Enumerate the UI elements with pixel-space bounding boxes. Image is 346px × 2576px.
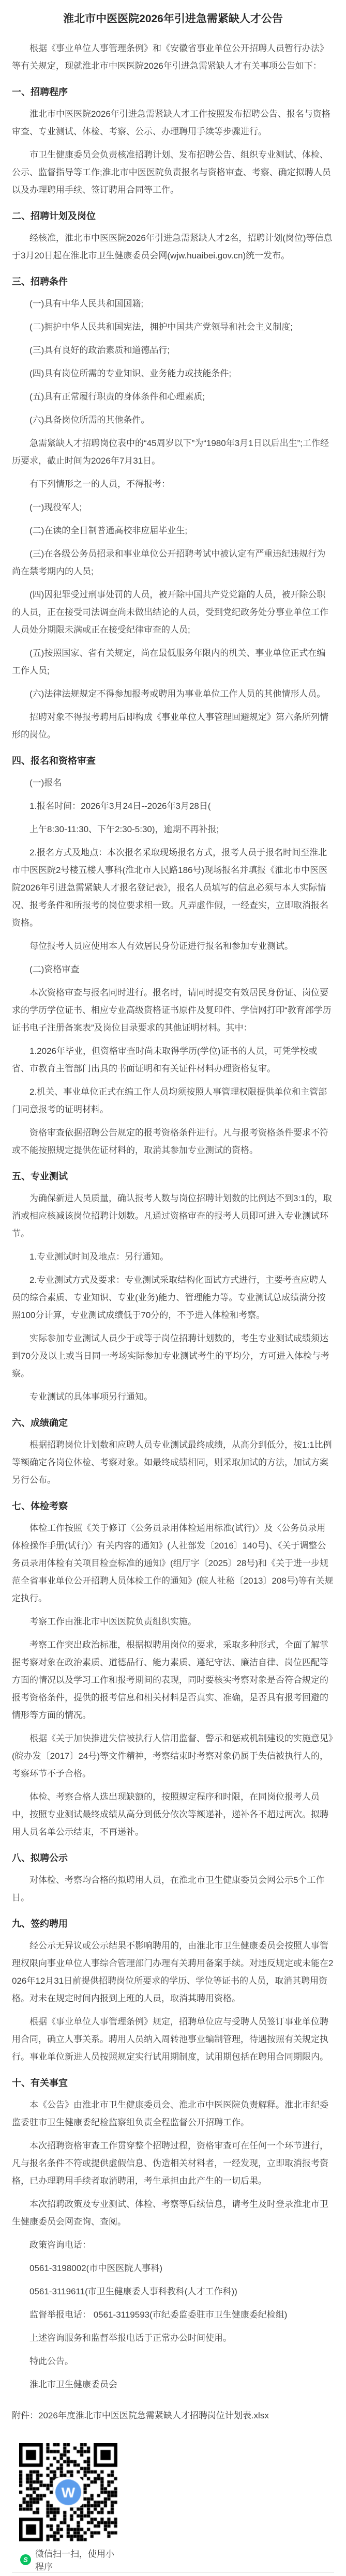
paragraph: 有下列情形之一的人员，不得报考：	[12, 476, 334, 493]
paragraph: 本《公告》由淮北市卫生健康委员会、淮北市中医医院负责解释。淮北市纪委监委驻市卫生…	[12, 2096, 334, 2132]
paragraph: 监督举报电话： 0561-3119593(市纪委监委驻市卫生健康委纪检组)	[12, 2306, 334, 2324]
section-heading: 三、招聘条件	[12, 274, 334, 289]
paragraph: 为确保新进人员质量，确认报考人数与岗位招聘计划数的比例达不到3:1的，取消或相应…	[12, 1190, 334, 1243]
paragraph: 急需紧缺人才招聘岗位表中的“45周岁以下”为“1980年3月1日以后出生”;工作…	[12, 435, 334, 470]
paragraph: 本次招聘资格审查工作贯穿整个招聘过程，资格审查可在任何一个环节进行，凡与报名条件…	[12, 2137, 334, 2190]
page-title: 淮北市中医医院2026年引进急需紧缺人才公告	[12, 11, 334, 27]
paragraph: 实际参加专业测试人员少于或等于岗位招聘计划数的，考生专业测试成绩须达到70分及以…	[12, 1330, 334, 1383]
section-heading: 六、成绩确定	[12, 1415, 334, 1431]
paragraph: (三)具有良好的政治素质和道德品行;	[12, 342, 334, 359]
paragraph: 本次招聘政策及专业测试、体检、考察等后续信息，请考生及时登录淮北市卫生健康委员会…	[12, 2196, 334, 2231]
paragraph: 淮北市中医医院2026年引进急需紧缺人才工作按照发布招聘公告、报名与资格审查、专…	[12, 105, 334, 141]
paragraph: (四)因犯罪受过刑事处罚的人员，被开除中国共产党党籍的人员，被开除公职的人员，正…	[12, 586, 334, 639]
paragraph: (一)具有中华人民共和国国籍;	[12, 295, 334, 313]
paragraph: (二)在读的全日制普通高校非应届毕业生;	[12, 522, 334, 540]
paragraph: 根据《事业单位人事管理条例》和《安徽省事业单位公开招聘人员暂行办法》等有关规定，…	[12, 40, 334, 75]
paragraph: 体检工作按照《关于修订〈公务员录用体检通用标准(试行)〉及〈公务员录用体检操作手…	[12, 1520, 334, 1607]
paragraph: (五)具有正常履行职责的身体条件和心理素质;	[12, 388, 334, 406]
paragraph: (六)具备岗位所需的其他条件。	[12, 411, 334, 429]
paragraph: (二)资格审查	[12, 961, 334, 978]
paragraph: 2.机关、事业单位正式在编工作人员均须按照人事管理权限提供单位和主管部门同意报考…	[12, 1083, 334, 1118]
paragraph: 根据《关于加快推进失信被执行人信用监督、警示和惩戒机制建设的实施意见》(皖办发〔…	[12, 1730, 334, 1783]
qr-caption: S 微信扫一扫，使用小程序	[20, 2547, 117, 2572]
paragraph: 1.专业测试时间及地点：另行通知。	[12, 1248, 334, 1266]
paragraph: (一)报名	[12, 774, 334, 792]
paragraph: 1.2026年毕业，但资格审查时尚未取得学历(学位)证书的人员，可凭学校或省、市…	[12, 1042, 334, 1078]
paragraph: 经公示无异议或公示结果不影响聘用的，由淮北市卫生健康委员会按照人事管理权限向事业…	[12, 1937, 334, 2007]
paragraph: (六)法律法规规定不得参加报考或聘用为事业单位工作人员的其他情形人员。	[12, 685, 334, 703]
paragraph: (三)在各级公务员招录和事业单位公开招聘考试中被认定有严重违纪违规行为尚在禁考期…	[12, 545, 334, 580]
paragraph: 根据《事业单位人事管理条例》规定，招聘单位应与受聘人员签订事业单位聘用合同，确立…	[12, 2013, 334, 2066]
paragraph: 专业测试的具体事项另行通知。	[12, 1388, 334, 1406]
section-heading: 八、拟聘公示	[12, 1850, 334, 1866]
paragraph: 特此公告。	[12, 2353, 334, 2370]
qr-block: S 微信扫一扫，使用小程序	[19, 2443, 117, 2572]
paragraph: 1.报名时间：2026年3月24日--2026年3月28日(	[12, 798, 334, 815]
paragraph: 上述咨询服务和监督举报电话于正常办公时间使用。	[12, 2329, 334, 2347]
paragraph: 市卫生健康委员会负责核准招聘计划、发布招聘公告、组织专业测试、体检、公示、监督指…	[12, 146, 334, 199]
paragraph: 体检、考察合格人选出现缺额的，按照规定程序和时限，在同岗位报考人员中，按照专业测…	[12, 1788, 334, 1841]
qr-code	[19, 2443, 117, 2541]
paragraph: 资格审查依据招聘公告规定的报考资格条件进行。凡与报考资格条件要求不符或不能按照规…	[12, 1124, 334, 1159]
paragraph: 考察工作突出政治标准，根据拟聘用岗位的要求，采取多种形式，全面了解掌握考察对象在…	[12, 1636, 334, 1724]
section-heading: 四、报名和资格审查	[12, 753, 334, 769]
paragraph: 淮北市卫生健康委员会	[12, 2376, 334, 2394]
section-heading: 十、有关事宜	[12, 2075, 334, 2091]
paragraph: 根据招聘岗位计划数和应聘人员专业测试最终成绩，从高分到低分，按1:1比例等额确定…	[12, 1436, 334, 1489]
paragraph: 每位报考人员应使用本人有效居民身份证进行报名和参加专业测试。	[12, 938, 334, 955]
footer-space	[12, 2573, 334, 2576]
section-heading: 一、招聘程序	[12, 84, 334, 100]
paragraph: 经核准，淮北市中医医院2026年引进急需紧缺人才2名，招聘计划(岗位)等信息于3…	[12, 229, 334, 265]
section-heading: 九、签约聘用	[12, 1916, 334, 1931]
paragraph: (一)现役军人;	[12, 499, 334, 516]
paragraph: 2.报名方式及地点：本次报名采取现场报名方式，报考人员于报名时间至淮北市中医医院…	[12, 844, 334, 932]
section-heading: 五、专业测试	[12, 1169, 334, 1184]
paragraph: 2.专业测试方式及要求：专业测试采取结构化面试方式进行，主要考查应聘人员的综合素…	[12, 1271, 334, 1324]
paragraph: 考察工作由淮北市中医医院负责组织实施。	[12, 1613, 334, 1631]
paragraph: (四)具有岗位所需的专业知识、业务能力或技能条件;	[12, 365, 334, 382]
paragraph: 政策咨询电话：	[12, 2236, 334, 2254]
announcement-page: 淮北市中医医院2026年引进急需紧缺人才公告 根据《事业单位人事管理条例》和《安…	[0, 0, 346, 2576]
paragraph: 本次资格审查与报名同时进行。报名时，请同时提交有效居民身份证、岗位要求的学历学位…	[12, 984, 334, 1037]
article-body: 根据《事业单位人事管理条例》和《安徽省事业单位公开招聘人员暂行办法》等有关规定，…	[12, 34, 334, 2430]
paragraph: (五)按照国家、省有关规定，尚在最低服务年限内的机关、事业单位正式在编工作人员;	[12, 645, 334, 680]
section-heading: 二、招聘计划及岗位	[12, 208, 334, 224]
paragraph: 招聘对象不得报考聘用后即构成《事业单位人事管理回避规定》第六条所列情形的岗位。	[12, 709, 334, 744]
paragraph: 对体检、考察均合格的拟聘用人员，在淮北市卫生健康委员会网公示5个工作日。	[12, 1872, 334, 1907]
qr-caption-text: 微信扫一扫，使用小程序	[35, 2547, 117, 2572]
paragraph: 0561-3198002(市中医医院人事科)	[12, 2260, 334, 2277]
wechat-icon: S	[20, 2554, 31, 2565]
paragraph: (二)拥护中华人民共和国宪法，拥护中国共产党领导和社会主义制度;	[12, 318, 334, 336]
paragraph: 0561-3119611(市卫生健康委人事科教科(人才工作科))	[12, 2283, 334, 2301]
attachment-link[interactable]: 附件：2026年度淮北市中医医院急需紧缺人才招聘岗位计划表.xlsx	[12, 2407, 334, 2425]
section-heading: 七、体检考察	[12, 1498, 334, 1514]
paragraph: 上午8:30-11:30、下午2:30-5:30)，逾期不再补报;	[12, 821, 334, 838]
